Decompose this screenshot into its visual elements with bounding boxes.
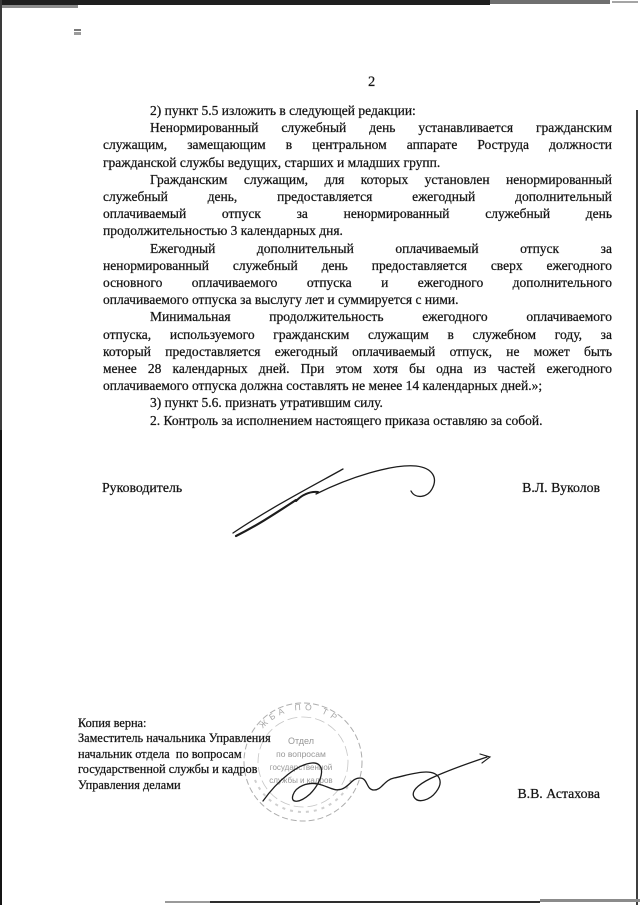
leader-name: В.Л. Вуколов [522, 480, 600, 496]
leader-title: Руководитель [102, 480, 182, 496]
scan-artifact-bottom-light [165, 901, 210, 903]
scan-artifact-left-edge-dark [0, 430, 2, 905]
body-line: служебный день, предоставляется ежегодны… [103, 188, 612, 205]
leader-signature-row: Руководитель В.Л. Вуколов [102, 480, 600, 496]
body-line: Гражданским служащим, для которых устано… [103, 171, 612, 188]
leader-signature-stroke [233, 466, 434, 536]
certification-line: государственной службы и кадров [78, 762, 338, 777]
body-line: 3) пункт 5.6. признать утратившим силу. [103, 394, 612, 411]
body-line: ненормированный служебный день предостав… [103, 257, 612, 274]
body-line: 2) пункт 5.5 изложить в следующей редакц… [103, 102, 612, 119]
certification-block: Копия верна: Заместитель начальника Упра… [78, 716, 338, 793]
scan-artifact-top-bar [0, 0, 490, 5]
body-line: который предоставляется ежегодный оплачи… [103, 343, 612, 360]
body-line: Минимальная продолжительность ежегодного… [103, 308, 612, 325]
body-line: основного оплачиваемого отпуска и ежегод… [103, 274, 612, 291]
body-line: оплачиваемый отпуск за ненормированный с… [103, 205, 612, 222]
smudge-mark-lower [74, 32, 81, 35]
scan-artifact-bottom-dark [210, 901, 540, 903]
scan-artifact-top-fade [0, 5, 78, 8]
document-page: 2 2) пункт 5.5 изложить в следующей реда… [0, 0, 640, 905]
page-number: 2 [368, 74, 375, 91]
deputy-name: В.В. Астахова [400, 786, 600, 802]
scan-artifact-top-right-dash [612, 1, 638, 3]
body-line: 2. Контроль за исполнением настоящего пр… [103, 412, 612, 429]
body-line: служащим, замещающим в центральном аппар… [103, 136, 612, 153]
scan-artifact-left-edge [0, 0, 2, 905]
certification-line: начальник отдела по вопросам [78, 747, 338, 762]
scan-artifact-right-edge [636, 110, 638, 905]
certification-line: Заместитель начальника Управления [78, 731, 338, 746]
scan-artifact-bottom-right [540, 899, 640, 902]
scan-artifact-top-gray [490, 0, 610, 4]
body-line: менее 28 календарных дней. При этом хотя… [103, 360, 612, 377]
body-line: оплачиваемого отпуска должна составлять … [103, 377, 612, 394]
certification-line: Копия верна: [78, 716, 338, 731]
certification-line: Управления делами [78, 778, 338, 793]
body-line: продолжительностью 3 календарных дня. [103, 222, 612, 239]
body-text: 2) пункт 5.5 изложить в следующей редакц… [103, 102, 612, 429]
smudge-mark [74, 29, 81, 31]
body-line: Ненормированный служебный день устанавли… [103, 119, 612, 136]
body-line: гражданской службы ведущих, старших и мл… [103, 154, 612, 171]
body-line: оплачиваемого отпуска за выслугу лет и с… [103, 291, 612, 308]
body-line: отпуска, используемого гражданским служа… [103, 326, 612, 343]
body-line: Ежегодный дополнительный оплачиваемый от… [103, 240, 612, 257]
